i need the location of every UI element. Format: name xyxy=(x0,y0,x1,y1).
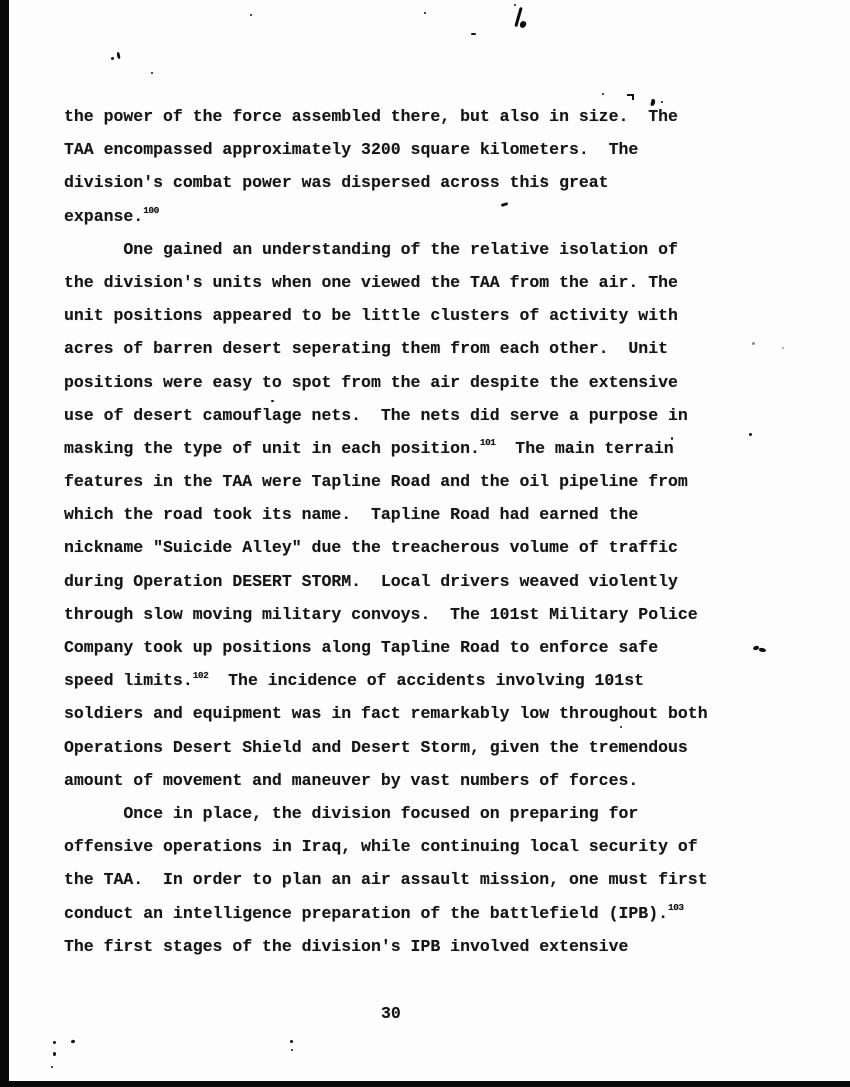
scan-speckle xyxy=(71,1039,76,1043)
scan-speckle xyxy=(250,14,252,16)
text-line: offensive operations in Iraq, while cont… xyxy=(64,830,708,863)
footnote-reference: 103 xyxy=(668,902,684,913)
footnote-reference: 100 xyxy=(143,205,159,216)
scan-speckle xyxy=(749,433,752,436)
scan-speckle xyxy=(620,726,622,728)
scan-speckle xyxy=(661,101,663,103)
scanned-document-page: the power of the force assembled there, … xyxy=(0,0,850,1087)
scan-speckle xyxy=(542,177,544,179)
text-line: during Operation DESERT STORM. Local dri… xyxy=(64,565,708,598)
scan-speckle xyxy=(759,648,766,653)
scan-edge-bottom-bar xyxy=(0,1081,850,1087)
text-line: positions were easy to spot from the air… xyxy=(64,366,708,399)
scan-speckle xyxy=(514,4,516,6)
ink-stroke-blob xyxy=(519,20,527,29)
scan-speckle xyxy=(290,1040,293,1043)
text-line: through slow moving military convoys. Th… xyxy=(64,598,708,631)
text-line: features in the TAA were Tapline Road an… xyxy=(64,465,708,498)
text-line: Operations Desert Shield and Desert Stor… xyxy=(64,731,708,764)
text-line: speed limits.102 The incidence of accide… xyxy=(64,664,708,697)
text-line: the TAA. In order to plan an air assault… xyxy=(64,863,708,896)
scan-speckle xyxy=(752,342,755,345)
text-line: Company took up positions along Tapline … xyxy=(64,631,708,664)
scan-speckle xyxy=(632,94,634,100)
scan-speckle xyxy=(116,52,121,60)
document-body-text: the power of the force assembled there, … xyxy=(64,100,708,963)
text-line: TAA encompassed approximately 3200 squar… xyxy=(64,133,708,166)
footnote-reference: 101 xyxy=(480,437,496,448)
text-line: division's combat power was dispersed ac… xyxy=(64,166,708,199)
scan-speckle xyxy=(271,400,274,402)
text-line: which the road took its name. Tapline Ro… xyxy=(64,498,708,531)
scan-speckle xyxy=(111,57,114,60)
scan-edge-left-bar xyxy=(0,0,9,1087)
text-line: masking the type of unit in each positio… xyxy=(64,432,708,465)
text-line: amount of movement and maneuver by vast … xyxy=(64,764,708,797)
footnote-reference: 102 xyxy=(193,670,209,681)
text-line: the division's units when one viewed the… xyxy=(64,266,708,299)
text-line: acres of barren desert seperating them f… xyxy=(64,332,708,365)
text-line: unit positions appeared to be little clu… xyxy=(64,299,708,332)
scan-speckle xyxy=(671,437,673,440)
text-line: expanse.100 xyxy=(64,200,708,233)
scan-speckle xyxy=(51,1066,53,1068)
text-line: conduct an intelligence preparation of t… xyxy=(64,897,708,930)
scan-speckle xyxy=(53,1041,56,1044)
text-line: soldiers and equipment was in fact remar… xyxy=(64,697,708,730)
text-line: nickname "Suicide Alley" due the treache… xyxy=(64,531,708,564)
text-line: One gained an understanding of the relat… xyxy=(64,233,708,266)
scan-speckle xyxy=(151,72,153,74)
text-line: The first stages of the division's IPB i… xyxy=(64,930,708,963)
scan-speckle xyxy=(291,1049,293,1051)
text-line: the power of the force assembled there, … xyxy=(64,100,708,133)
scan-speckle xyxy=(424,12,426,14)
scan-speckle xyxy=(602,93,604,95)
page-number: 30 xyxy=(381,1004,401,1023)
text-line: Once in place, the division focused on p… xyxy=(64,797,708,830)
text-line: use of desert camouflage nets. The nets … xyxy=(64,399,708,432)
scan-speckle xyxy=(782,347,784,349)
scan-speckle xyxy=(471,33,476,35)
scan-speckle xyxy=(53,1052,56,1056)
